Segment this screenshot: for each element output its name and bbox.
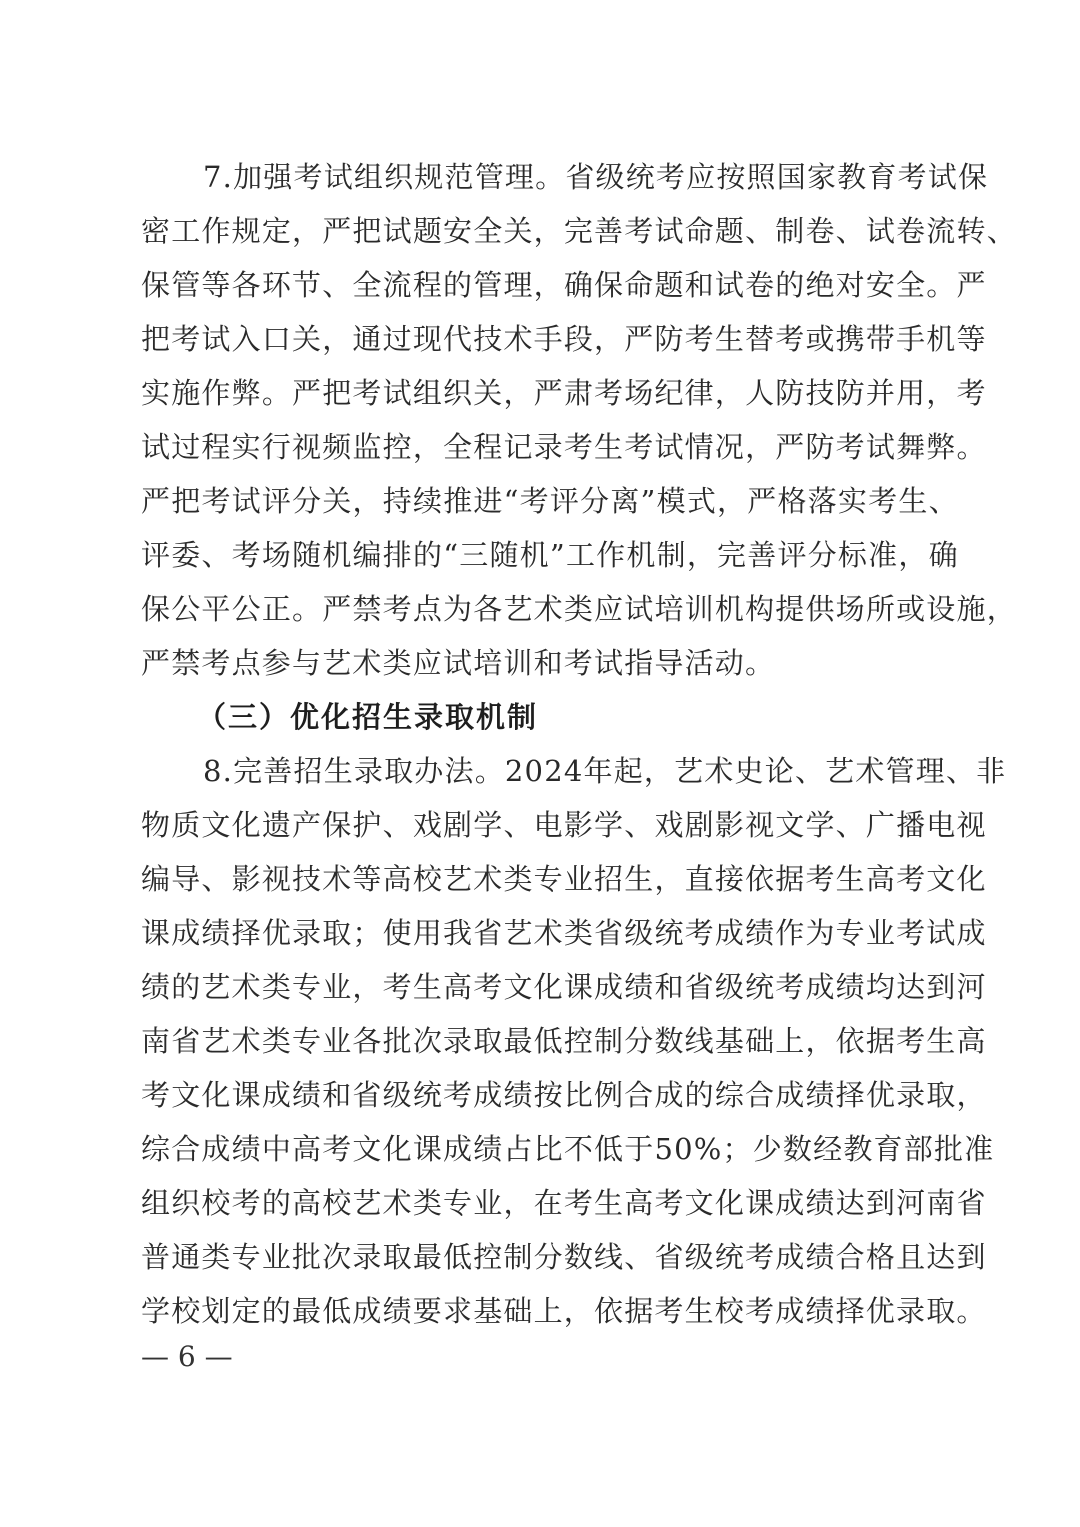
document-page: 7.加强考试组织规范管理。省级统考应按照国家教育考试保 密工作规定，严把试题安全… bbox=[141, 150, 959, 1338]
text-line: 保公平公正。严禁考点为各艺术类应试培训机构提供场所或设施， bbox=[141, 582, 959, 636]
text-line: 课成绩择优录取；使用我省艺术类省级统考成绩作为专业考试成 bbox=[141, 906, 959, 960]
text-line: 试过程实行视频监控，全程记录考生考试情况，严防考试舞弊。 bbox=[141, 420, 959, 474]
text-line: 绩的艺术类专业，考生高考文化课成绩和省级统考成绩均达到河 bbox=[141, 960, 959, 1014]
text-line: 组织校考的高校艺术类专业，在考生高考文化课成绩达到河南省 bbox=[141, 1176, 959, 1230]
text-line: 普通类专业批次录取最低控制分数线、省级统考成绩合格且达到 bbox=[141, 1230, 959, 1284]
page-number: — 6 — bbox=[141, 1340, 233, 1373]
text-line: 综合成绩中高考文化课成绩占比不低于50%；少数经教育部批准 bbox=[141, 1122, 959, 1176]
text-line: 保管等各环节、全流程的管理，确保命题和试卷的绝对安全。严 bbox=[141, 258, 959, 312]
paragraph-8: 8.完善招生录取办法。2024年起，艺术史论、艺术管理、非 物质文化遗产保护、戏… bbox=[141, 744, 959, 1338]
text-line: 编导、影视技术等高校艺术类专业招生，直接依据考生高考文化 bbox=[141, 852, 959, 906]
text-line: 学校划定的最低成绩要求基础上，依据考生校考成绩择优录取。 bbox=[141, 1284, 959, 1338]
text-line: 密工作规定，严把试题安全关，完善考试命题、制卷、试卷流转、 bbox=[141, 204, 959, 258]
text-line: 南省艺术类专业各批次录取最低控制分数线基础上，依据考生高 bbox=[141, 1014, 959, 1068]
text-line: 考文化课成绩和省级统考成绩按比例合成的综合成绩择优录取， bbox=[141, 1068, 959, 1122]
text-line: 严禁考点参与艺术类应试培训和考试指导活动。 bbox=[141, 636, 959, 690]
text-line: 严把考试评分关，持续推进“考评分离”模式，严格落实考生、 bbox=[141, 474, 959, 528]
text-line: 评委、考场随机编排的“三随机”工作机制，完善评分标准，确 bbox=[141, 528, 959, 582]
text-line: 7.加强考试组织规范管理。省级统考应按照国家教育考试保 bbox=[141, 150, 959, 204]
text-line: 实施作弊。严把考试组织关，严肃考场纪律，人防技防并用，考 bbox=[141, 366, 959, 420]
text-line: 8.完善招生录取办法。2024年起，艺术史论、艺术管理、非 bbox=[141, 744, 959, 798]
paragraph-7: 7.加强考试组织规范管理。省级统考应按照国家教育考试保 密工作规定，严把试题安全… bbox=[141, 150, 959, 690]
section-heading: （三）优化招生录取机制 bbox=[141, 690, 959, 744]
text-line: 把考试入口关，通过现代技术手段，严防考生替考或携带手机等 bbox=[141, 312, 959, 366]
text-line: 物质文化遗产保护、戏剧学、电影学、戏剧影视文学、广播电视 bbox=[141, 798, 959, 852]
